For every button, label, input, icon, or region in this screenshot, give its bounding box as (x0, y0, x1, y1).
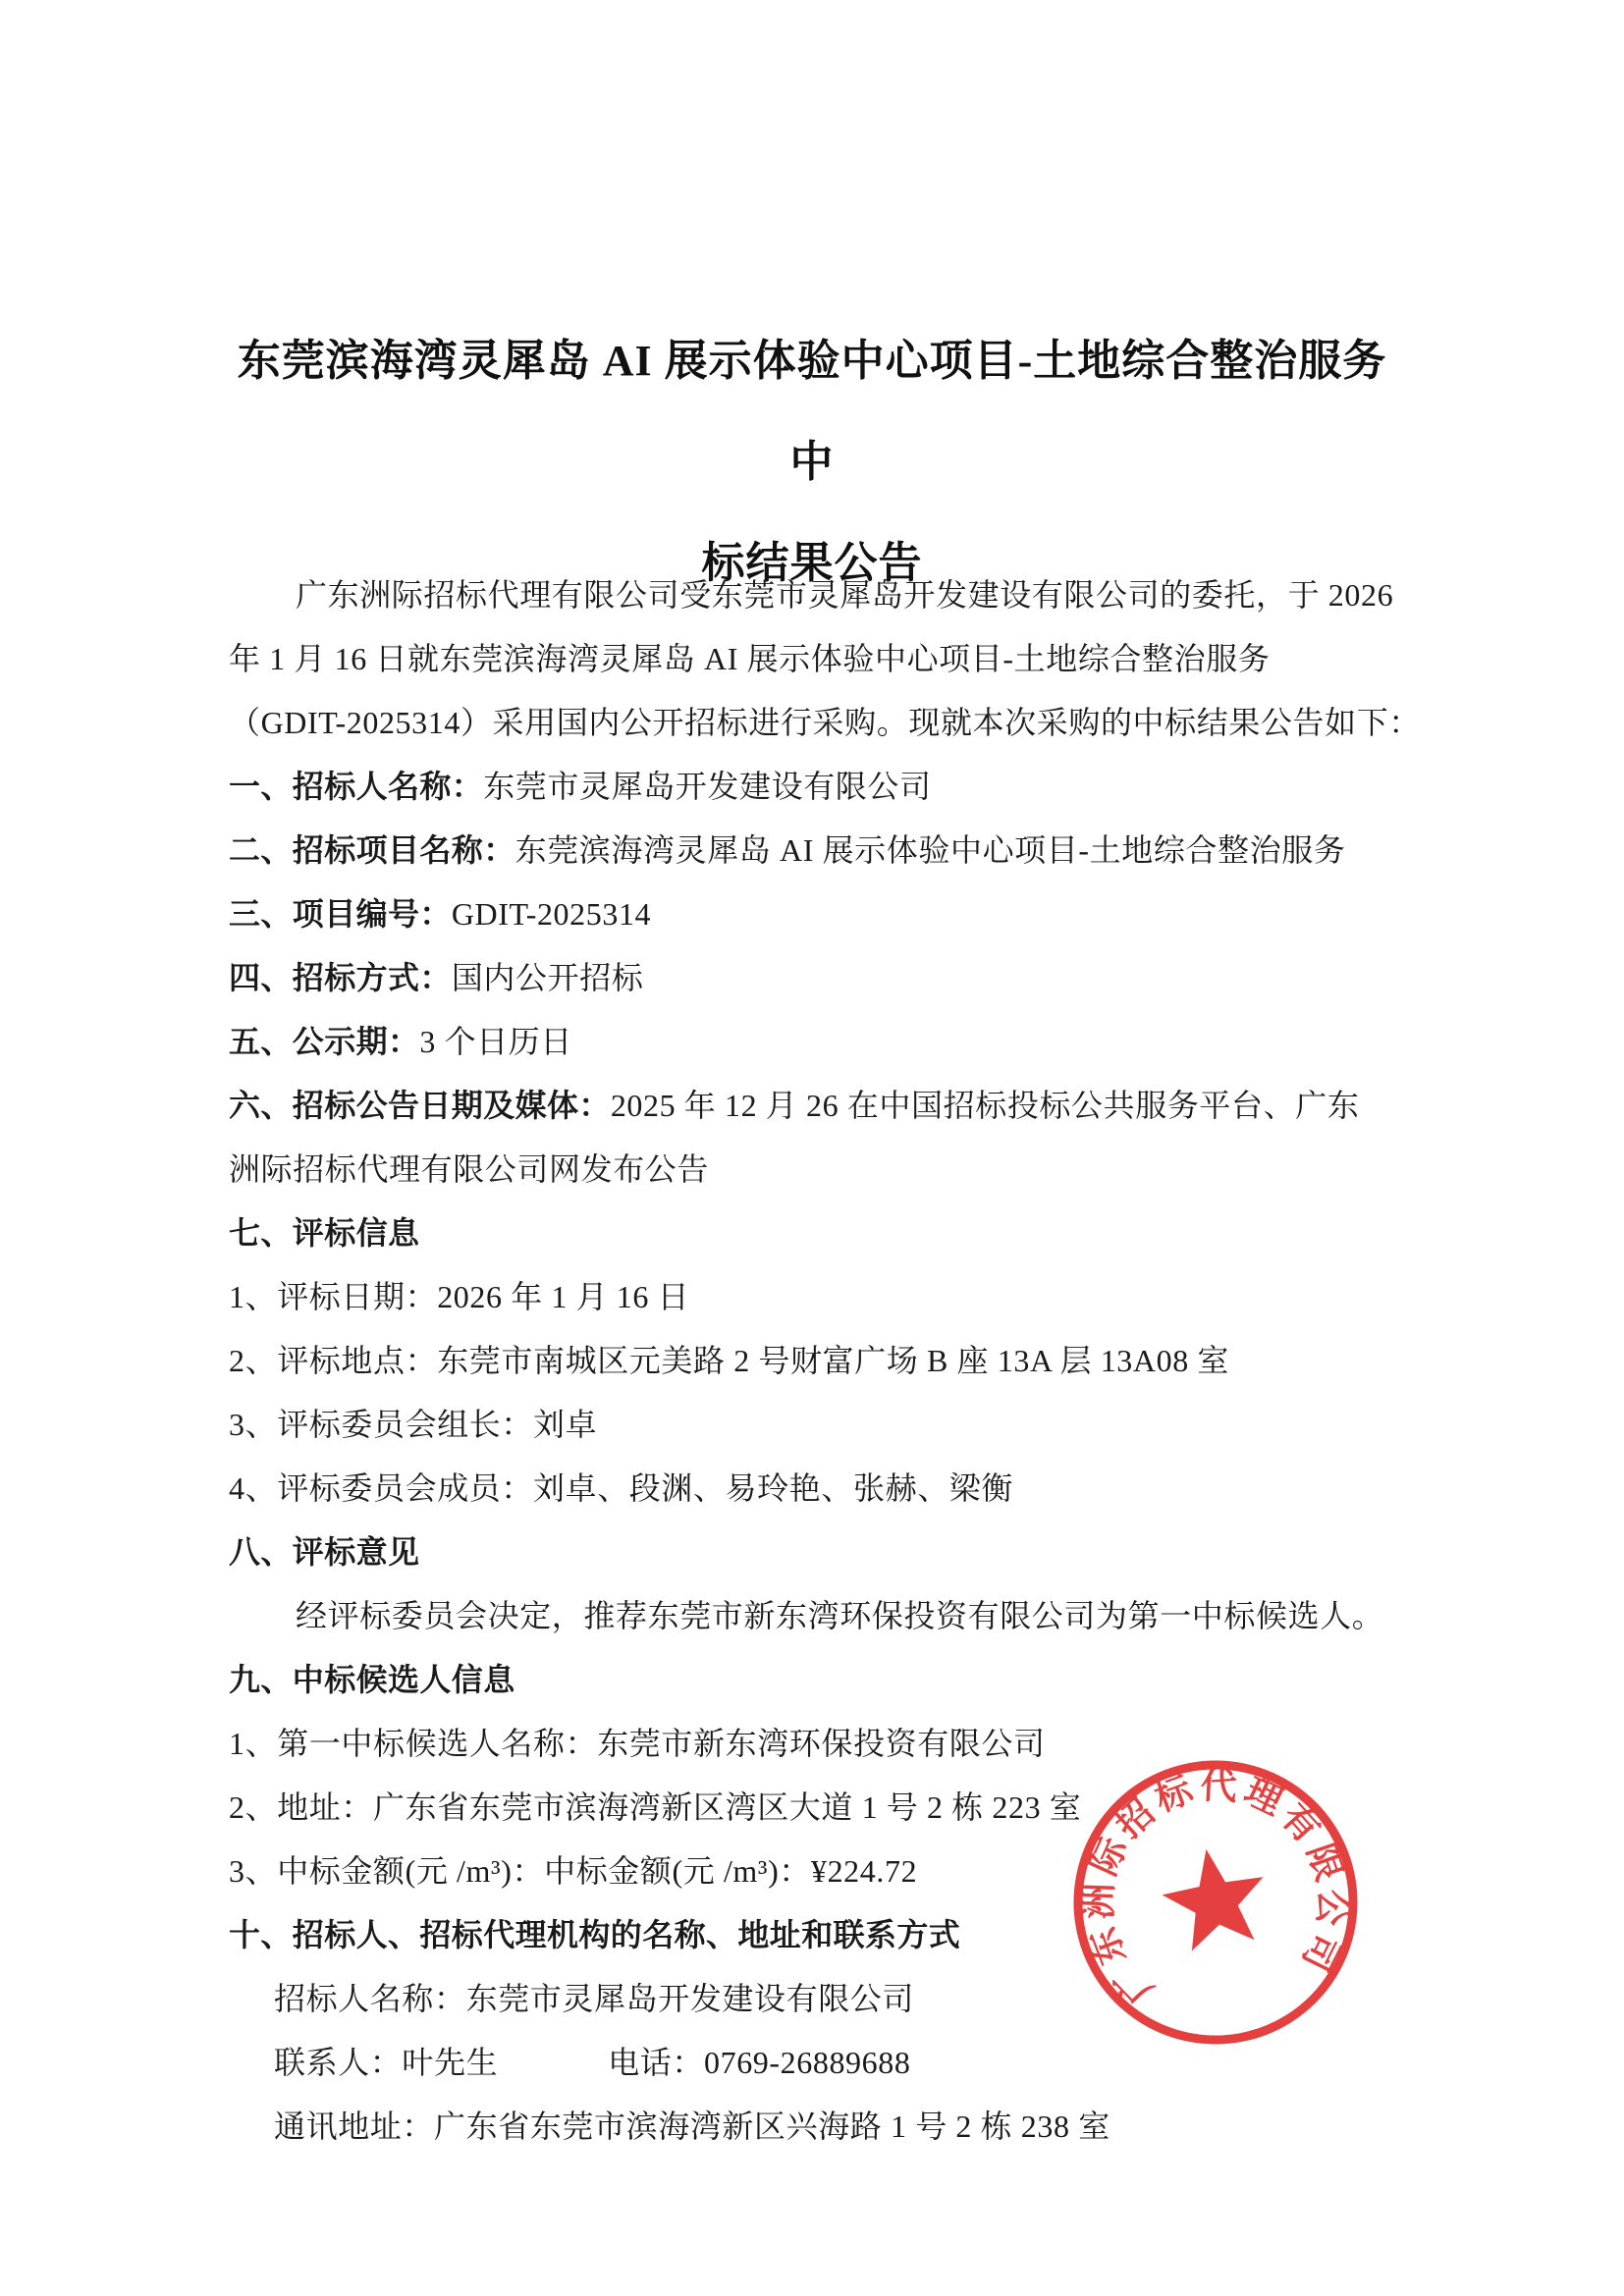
section-heading-evaluation-info: 七、评标信息 (229, 1201, 1395, 1265)
evaluation-opinion-text: 经评标委员会决定，推荐东莞市新东湾环保投资有限公司为第一中标候选人。 (229, 1584, 1395, 1648)
field-winning-amount: 3、中标金额(元 /m³)：中标金额(元 /m³)：¥224.72 (229, 1840, 1395, 1903)
section-heading-evaluation-opinion: 八、评标意见 (229, 1521, 1395, 1584)
contact-person-and-phone: 联系人：叶先生电话：0769-26889688 (229, 2031, 1395, 2095)
field-candidate-address: 2、地址：广东省东莞市滨海湾新区湾区大道 1 号 2 栋 223 室 (229, 1776, 1395, 1840)
field-project-number: 三、项目编号：GDIT-2025314 (229, 882, 1395, 946)
field-evaluation-date: 1、评标日期：2026 年 1 月 16 日 (229, 1265, 1395, 1329)
contact-mailing-address: 通讯地址：广东省东莞市滨海湾新区兴海路 1 号 2 栋 238 室 (229, 2095, 1395, 2159)
section-heading-candidate-info: 九、中标候选人信息 (229, 1648, 1395, 1712)
field-project-name: 二、招标项目名称：东莞滨海湾灵犀岛 AI 展示体验中心项目-土地综合整治服务 (229, 819, 1395, 882)
intro-paragraph-line-3: （GDIT-2025314）采用国内公开招标进行采购。现就本次采购的中标结果公告… (229, 691, 1395, 755)
intro-paragraph-line-2: 年 1 月 16 日就东莞滨海湾灵犀岛 AI 展示体验中心项目-土地综合整治服务 (229, 627, 1395, 691)
intro-paragraph-line-1: 广东洲际招标代理有限公司受东莞市灵犀岛开发建设有限公司的委托，于 2026 (229, 563, 1395, 627)
field-bidding-method: 四、招标方式：国内公开招标 (229, 946, 1395, 1010)
page-title-line-1: 东莞滨海湾灵犀岛 AI 展示体验中心项目-土地综合整治服务中 (229, 310, 1395, 512)
field-announcement-media-line-2: 洲际招标代理有限公司网发布公告 (229, 1138, 1395, 1201)
contact-phone: 电话：0769-26889688 (608, 2045, 910, 2080)
contact-person: 联系人：叶先生 (274, 2045, 498, 2080)
document-body: 广东洲际招标代理有限公司受东莞市灵犀岛开发建设有限公司的委托，于 2026 年 … (229, 563, 1395, 2159)
field-evaluation-location: 2、评标地点：东莞市南城区元美路 2 号财富广场 B 座 13A 层 13A08… (229, 1329, 1395, 1393)
field-bidder-name: 一、招标人名称：东莞市灵犀岛开发建设有限公司 (229, 755, 1395, 819)
contact-bidder-name: 招标人名称：东莞市灵犀岛开发建设有限公司 (229, 1967, 1395, 2031)
field-committee-leader: 3、评标委员会组长：刘卓 (229, 1393, 1395, 1457)
section-heading-contact-info: 十、招标人、招标代理机构的名称、地址和联系方式 (229, 1903, 1395, 1967)
field-first-candidate-name: 1、第一中标候选人名称：东莞市新东湾环保投资有限公司 (229, 1712, 1395, 1776)
field-announcement-media-line-1: 六、招标公告日期及媒体：2025 年 12 月 26 在中国招标投标公共服务平台… (229, 1074, 1395, 1138)
field-publicity-period: 五、公示期：3 个日历日 (229, 1010, 1395, 1074)
document-page: 东莞滨海湾灵犀岛 AI 展示体验中心项目-土地综合整治服务中 标结果公告 广东洲… (0, 0, 1624, 2296)
field-committee-members: 4、评标委员会成员：刘卓、段渊、易玲艳、张赫、梁衡 (229, 1457, 1395, 1521)
